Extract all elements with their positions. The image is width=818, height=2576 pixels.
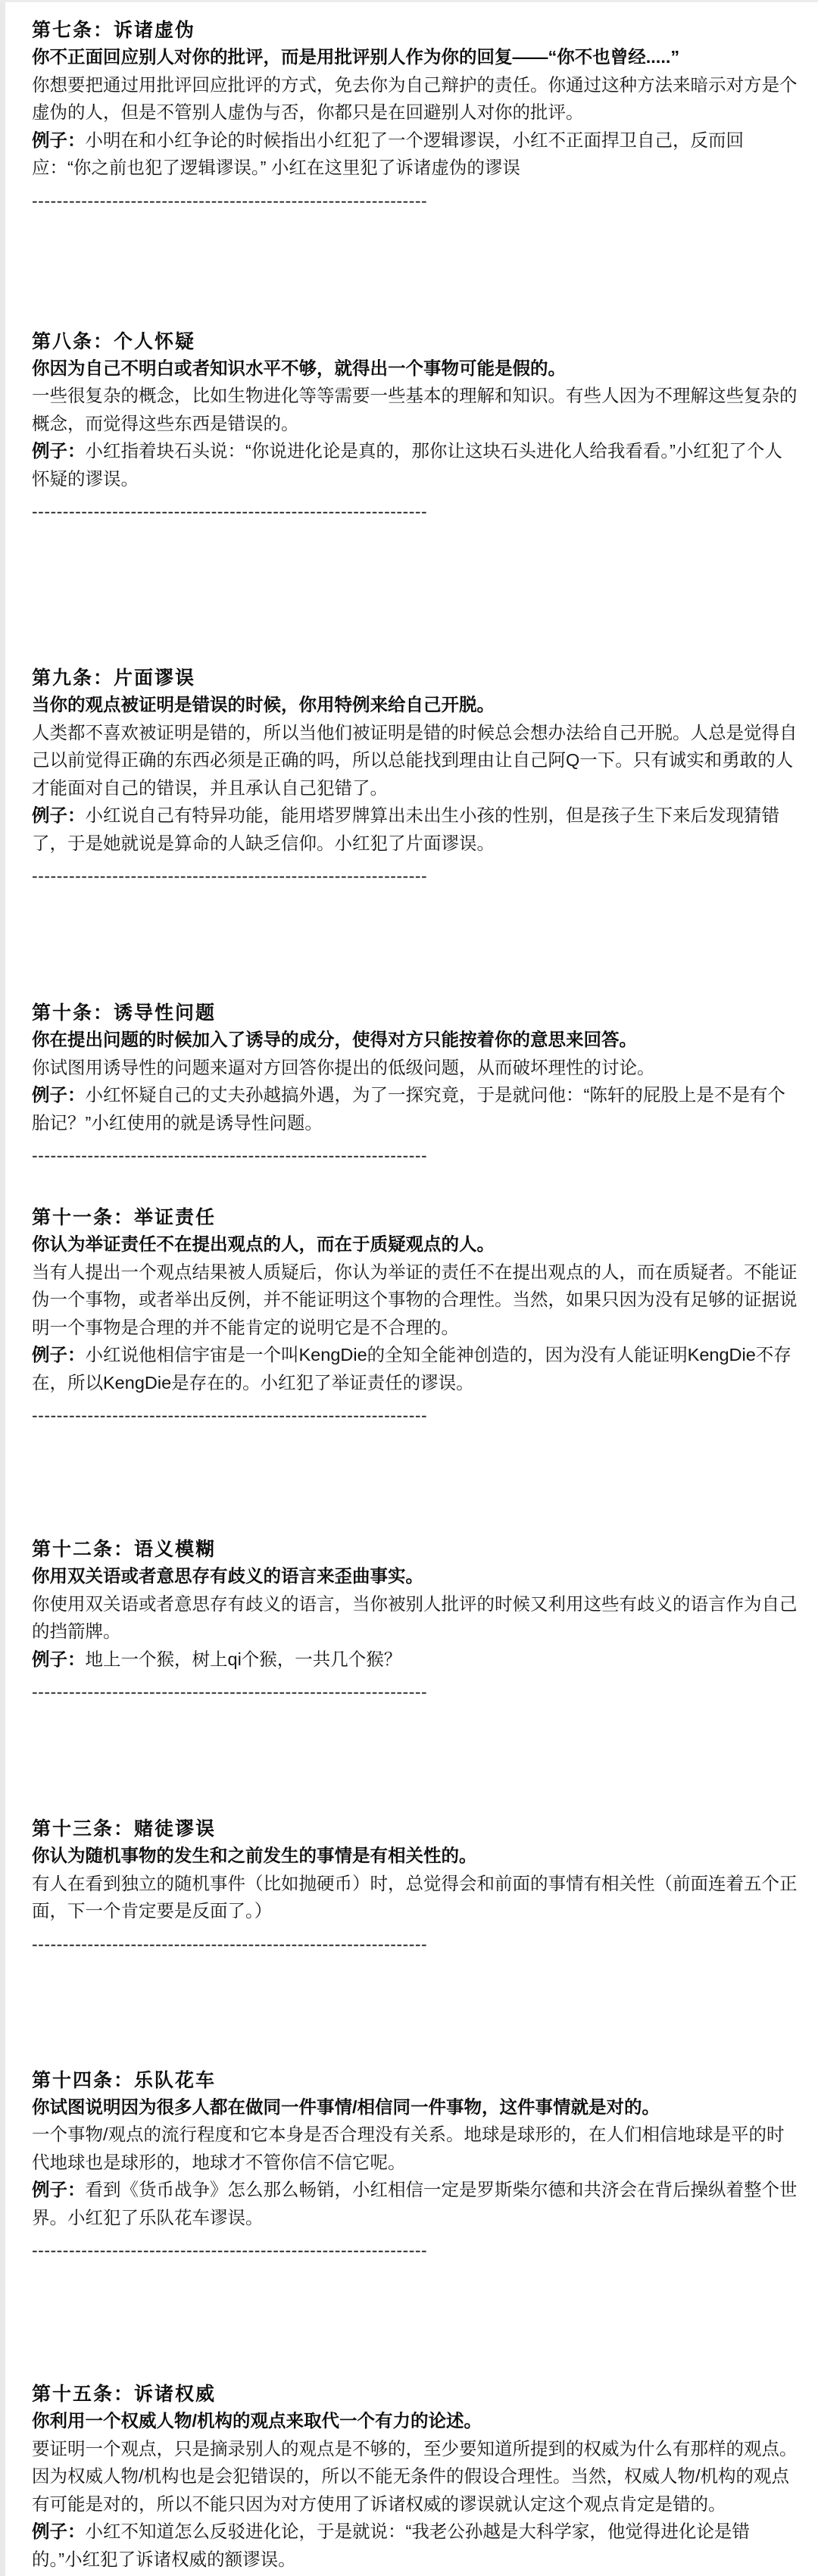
example-label: 例子： (32, 2521, 86, 2541)
example-text: 小红指着块石头说：“你说进化论是真的，那你让这块石头进化人给我看看。”小红犯了个… (32, 441, 782, 489)
section-title: 第十二条：语义模糊 (32, 1537, 798, 1562)
section-rule: 当你的观点被证明是错误的时候，你用特例来给自己开脱。 (32, 691, 798, 719)
section-explanation: 一个事物/观点的流行程度和它本身是否合理没有关系。地球是球形的，在人们相信地球是… (32, 2121, 798, 2176)
section-rule: 你认为随机事物的发生和之前发生的事情是有相关性的。 (32, 1842, 798, 1870)
document-page: 第七条：诉诸虚伪 你不正面回应别人对你的批评，而是用批评别人作为你的回复——“你… (0, 0, 818, 2573)
fallacy-section-8: 第八条：个人怀疑 你因为自己不明白或者知识水平不够，就得出一个事物可能是假的。 … (32, 329, 798, 522)
example-label: 例子： (32, 1345, 86, 1365)
example-label: 例子： (32, 1085, 86, 1105)
fallacy-section-14: 第十四条：乐队花车 你试图说明因为很多人都在做同一件事情/相信同一件事物，这件事… (32, 2068, 798, 2261)
dashed-separator: ----------------------------------------… (32, 866, 798, 886)
fallacy-section-11: 第十一条：举证责任 你认为举证责任不在提出观点的人，而在于质疑观点的人。 当有人… (32, 1205, 798, 1425)
section-explanation: 你试图用诱导性的问题来逼对方回答你提出的低级问题，从而破坏理性的讨论。 (32, 1054, 798, 1082)
section-example: 例子：小红怀疑自己的丈夫孙越搞外遇，为了一探究竟，于是就问他：“陈轩的屁股上是不… (32, 1081, 798, 1136)
fallacy-section-13: 第十三条：赌徒谬误 你认为随机事物的发生和之前发生的事情是有相关性的。 有人在看… (32, 1816, 798, 1954)
section-example: 例子：地上一个猴，树上qi个猴，一共几个猴？ (32, 1646, 798, 1674)
section-example: 例子：小红指着块石头说：“你说进化论是真的，那你让这块石头进化人给我看看。”小红… (32, 437, 798, 492)
section-explanation: 你使用双关语或者意思存有歧义的语言，当你被别人批评的时候又利用这些有歧义的语言作… (32, 1590, 798, 1646)
section-rule: 你因为自己不明白或者知识水平不够，就得出一个事物可能是假的。 (32, 355, 798, 383)
section-title: 第九条：片面谬误 (32, 665, 798, 691)
section-explanation: 人类都不喜欢被证明是错的，所以当他们被证明是错的时候总会想办法给自己开脱。人总是… (32, 719, 798, 802)
example-text: 小红说他相信宇宙是一个叫KengDie的全知全能神创造的，因为没有人能证明Ken… (32, 1345, 791, 1393)
section-example: 例子：小红不知道怎么反驳进化论，于是就说：“我老公孙越是大科学家，他觉得进化论是… (32, 2518, 798, 2573)
example-label: 例子： (32, 1649, 86, 1669)
dashed-separator: ----------------------------------------… (32, 1405, 798, 1425)
section-title: 第八条：个人怀疑 (32, 329, 798, 355)
example-text: 小明在和小红争论的时候指出小红犯了一个逻辑谬误，小红不正面捍卫自己，反而回应：“… (32, 130, 744, 178)
section-example: 例子：看到《货币战争》怎么那么畅销，小红相信一定是罗斯柴尔德和共济会在背后操纵着… (32, 2176, 798, 2231)
fallacy-section-9: 第九条：片面谬误 当你的观点被证明是错误的时候，你用特例来给自己开脱。 人类都不… (32, 665, 798, 886)
section-explanation: 一些很复杂的概念，比如生物进化等等需要一些基本的理解和知识。有些人因为不理解这些… (32, 382, 798, 437)
example-text: 小红怀疑自己的丈夫孙越搞外遇，为了一探究竟，于是就问他：“陈轩的屁股上是不是有个… (32, 1085, 785, 1133)
example-label: 例子： (32, 441, 86, 461)
section-title: 第七条：诉诸虚伪 (32, 17, 798, 43)
section-title: 第十三条：赌徒谬误 (32, 1816, 798, 1842)
example-text: 看到《货币战争》怎么那么畅销，小红相信一定是罗斯柴尔德和共济会在背后操纵着整个世… (32, 2180, 798, 2227)
section-example: 例子：小明在和小红争论的时候指出小红犯了一个逻辑谬误，小红不正面捍卫自己，反而回… (32, 127, 798, 182)
fallacy-section-7: 第七条：诉诸虚伪 你不正面回应别人对你的批评，而是用批评别人作为你的回复——“你… (32, 17, 798, 211)
section-title: 第十五条：诉诸权威 (32, 2381, 798, 2407)
section-title: 第十四条：乐队花车 (32, 2068, 798, 2093)
section-explanation: 要证明一个观点，只是摘录别人的观点是不够的，至少要知道所提到的权威为什么有那样的… (32, 2435, 798, 2518)
section-explanation: 当有人提出一个观点结果被人质疑后，你认为举证的责任不在提出观点的人，而在质疑者。… (32, 1258, 798, 1342)
section-example: 例子：小红说自己有特异功能，能用塔罗牌算出未出生小孩的性别，但是孩子生下来后发现… (32, 802, 798, 857)
section-title: 第十一条：举证责任 (32, 1205, 798, 1230)
dashed-separator: ----------------------------------------… (32, 1146, 798, 1165)
fallacy-section-15: 第十五条：诉诸权威 你利用一个权威人物/机构的观点来取代一个有力的论述。 要证明… (32, 2381, 798, 2573)
example-label: 例子： (32, 805, 86, 825)
example-text: 小红不知道怎么反驳进化论，于是就说：“我老公孙越是大科学家，他觉得进化论是错的。… (32, 2521, 750, 2569)
section-rule: 你试图说明因为很多人都在做同一件事情/相信同一件事物，这件事情就是对的。 (32, 2093, 798, 2121)
example-label: 例子： (32, 2180, 86, 2199)
example-text: 小红说自己有特异功能，能用塔罗牌算出未出生小孩的性别，但是孩子生下来后发现猜错了… (32, 805, 779, 853)
dashed-separator: ----------------------------------------… (32, 191, 798, 211)
fallacy-section-10: 第十条：诱导性问题 你在提出问题的时候加入了诱导的成分，使得对方只能按着你的意思… (32, 1000, 798, 1165)
dashed-separator: ----------------------------------------… (32, 502, 798, 521)
dashed-separator: ----------------------------------------… (32, 1934, 798, 1954)
section-rule: 你认为举证责任不在提出观点的人，而在于质疑观点的人。 (32, 1230, 798, 1258)
example-text: 地上一个猴，树上qi个猴，一共几个猴？ (86, 1649, 402, 1669)
section-rule: 你在提出问题的时候加入了诱导的成分，使得对方只能按着你的意思来回答。 (32, 1026, 798, 1054)
fallacy-section-12: 第十二条：语义模糊 你用双关语或者意思存有歧义的语言来歪曲事实。 你使用双关语或… (32, 1537, 798, 1702)
section-rule: 你利用一个权威人物/机构的观点来取代一个有力的论述。 (32, 2407, 798, 2435)
section-rule: 你用双关语或者意思存有歧义的语言来歪曲事实。 (32, 1562, 798, 1590)
section-example: 例子：小红说他相信宇宙是一个叫KengDie的全知全能神创造的，因为没有人能证明… (32, 1341, 798, 1396)
dashed-separator: ----------------------------------------… (32, 2240, 798, 2260)
example-label: 例子： (32, 130, 86, 150)
section-explanation: 有人在看到独立的随机事件（比如抛硬币）时，总觉得会和前面的事情有相关性（前面连着… (32, 1870, 798, 1925)
section-title: 第十条：诱导性问题 (32, 1000, 798, 1026)
dashed-separator: ----------------------------------------… (32, 1682, 798, 1702)
section-explanation: 你想要把通过用批评回应批评的方式，免去你为自己辩护的责任。你通过这种方法来暗示对… (32, 71, 798, 127)
section-rule: 你不正面回应别人对你的批评，而是用批评别人作为你的回复——“你不也曾经.....… (32, 43, 798, 71)
